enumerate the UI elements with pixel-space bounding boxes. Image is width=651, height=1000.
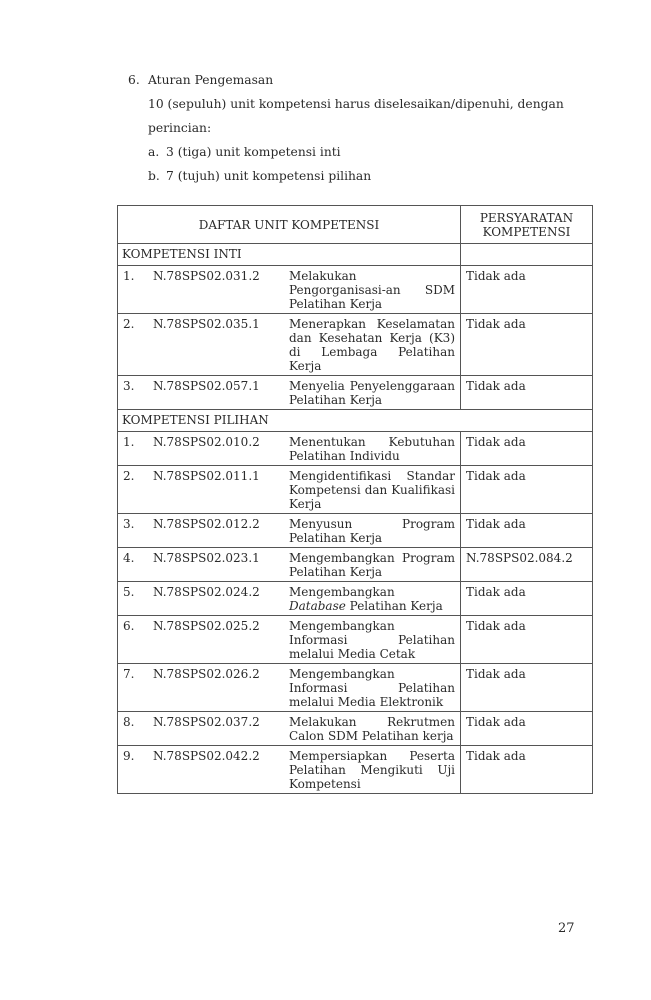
unit-code: N.78SPS02.024.2 [153, 585, 289, 613]
document-page: 6. Aturan Pengemasan 10 (sepuluh) unit k… [0, 0, 651, 1000]
unit-title: Mengembangkan Program Pelatihan Kerja [289, 551, 455, 579]
unit-number: 2. [123, 317, 153, 373]
unit-title: Mengembangkan Informasi Pelatihan melalu… [289, 619, 455, 661]
section-paragraph-line-1: 10 (sepuluh) unit kompetensi harus disel… [148, 92, 598, 116]
unit-number: 1. [123, 435, 153, 463]
table-row: 3.N.78SPS02.057.1Menyelia Penyelenggaraa… [118, 376, 593, 410]
table-row: 8.N.78SPS02.037.2Melakukan Rekrutmen Cal… [118, 712, 593, 746]
table-header-row: DAFTAR UNIT KOMPETENSI PERSYARATAN KOMPE… [118, 206, 593, 244]
group-header-row: KOMPETENSI INTI [118, 244, 593, 266]
requirement-cell: Tidak ada [461, 746, 593, 794]
unit-title: Melakukan Pengorganisasi-an SDM Pelatiha… [289, 269, 455, 311]
packaging-rules-section: 6. Aturan Pengemasan 10 (sepuluh) unit k… [128, 68, 598, 188]
unit-number: 3. [123, 379, 153, 407]
unit-title: Mengembangkan Database Pelatihan Kerja [289, 585, 455, 613]
unit-code: N.78SPS02.023.1 [153, 551, 289, 579]
header-requirement: PERSYARATAN KOMPETENSI [461, 206, 593, 244]
table-row: 1.N.78SPS02.031.2Melakukan Pengorganisas… [118, 266, 593, 314]
unit-code: N.78SPS02.042.2 [153, 749, 289, 791]
unit-title: Mengidentifikasi Standar Kompetensi dan … [289, 469, 455, 511]
list-item: a. 3 (tiga) unit kompetensi inti [148, 140, 598, 164]
requirement-cell: Tidak ada [461, 582, 593, 616]
unit-code: N.78SPS02.035.1 [153, 317, 289, 373]
group-title: KOMPETENSI PILIHAN [118, 410, 593, 432]
table-row: 2.N.78SPS02.011.1Mengidentifikasi Standa… [118, 466, 593, 514]
group-title: KOMPETENSI INTI [118, 244, 461, 266]
requirement-cell: Tidak ada [461, 712, 593, 746]
unit-number: 3. [123, 517, 153, 545]
unit-title: Menyusun Program Pelatihan Kerja [289, 517, 455, 545]
table-row: 6.N.78SPS02.025.2Mengembangkan Informasi… [118, 616, 593, 664]
unit-number: 6. [123, 619, 153, 661]
section-title: Aturan Pengemasan [148, 68, 598, 92]
requirement-cell: Tidak ada [461, 616, 593, 664]
table-row: 2.N.78SPS02.035.1Menerapkan Keselamatan … [118, 314, 593, 376]
unit-cell: 1.N.78SPS02.010.2Menentukan Kebutuhan Pe… [118, 432, 461, 466]
unit-code: N.78SPS02.057.1 [153, 379, 289, 407]
unit-title: Mempersiapkan Peserta Pelatihan Mengikut… [289, 749, 455, 791]
unit-cell: 2.N.78SPS02.011.1Mengidentifikasi Standa… [118, 466, 461, 514]
table-row: 4.N.78SPS02.023.1Mengembangkan Program P… [118, 548, 593, 582]
unit-number: 5. [123, 585, 153, 613]
unit-title: Mengembangkan Informasi Pelatihan melalu… [289, 667, 455, 709]
unit-title: Menyelia Penyelenggaraan Pelatihan Kerja [289, 379, 455, 407]
header-unit-list: DAFTAR UNIT KOMPETENSI [118, 206, 461, 244]
list-item: b. 7 (tujuh) unit kompetensi pilihan [148, 164, 598, 188]
table-row: 3.N.78SPS02.012.2Menyusun Program Pelati… [118, 514, 593, 548]
unit-cell: 2.N.78SPS02.035.1Menerapkan Keselamatan … [118, 314, 461, 376]
unit-title: Menentukan Kebutuhan Pelatihan Individu [289, 435, 455, 463]
unit-code: N.78SPS02.025.2 [153, 619, 289, 661]
requirement-cell: Tidak ada [461, 432, 593, 466]
section-paragraph-line-2: perincian: [148, 116, 598, 140]
table-row: 1.N.78SPS02.010.2Menentukan Kebutuhan Pe… [118, 432, 593, 466]
table-row: 5.N.78SPS02.024.2Mengembangkan Database … [118, 582, 593, 616]
requirement-cell: N.78SPS02.084.2 [461, 548, 593, 582]
unit-number: 7. [123, 667, 153, 709]
requirement-cell: Tidak ada [461, 376, 593, 410]
unit-cell: 3.N.78SPS02.057.1Menyelia Penyelenggaraa… [118, 376, 461, 410]
page-number: 27 [558, 921, 575, 936]
unit-cell: 9.N.78SPS02.042.2Mempersiapkan Peserta P… [118, 746, 461, 794]
unit-code: N.78SPS02.031.2 [153, 269, 289, 311]
unit-cell: 6.N.78SPS02.025.2Mengembangkan Informasi… [118, 616, 461, 664]
requirement-cell: Tidak ada [461, 664, 593, 712]
unit-number: 8. [123, 715, 153, 743]
unit-number: 4. [123, 551, 153, 579]
requirement-cell: Tidak ada [461, 466, 593, 514]
unit-code: N.78SPS02.037.2 [153, 715, 289, 743]
competency-unit-table: DAFTAR UNIT KOMPETENSI PERSYARATAN KOMPE… [117, 205, 593, 794]
unit-code: N.78SPS02.012.2 [153, 517, 289, 545]
unit-code: N.78SPS02.010.2 [153, 435, 289, 463]
group-header-row: KOMPETENSI PILIHAN [118, 410, 593, 432]
table-row: 7.N.78SPS02.026.2Mengembangkan Informasi… [118, 664, 593, 712]
requirement-cell: Tidak ada [461, 266, 593, 314]
unit-number: 2. [123, 469, 153, 511]
unit-cell: 4.N.78SPS02.023.1Mengembangkan Program P… [118, 548, 461, 582]
unit-cell: 1.N.78SPS02.031.2Melakukan Pengorganisas… [118, 266, 461, 314]
unit-cell: 7.N.78SPS02.026.2Mengembangkan Informasi… [118, 664, 461, 712]
unit-number: 1. [123, 269, 153, 311]
unit-title: Melakukan Rekrutmen Calon SDM Pelatihan … [289, 715, 455, 743]
unit-cell: 5.N.78SPS02.024.2Mengembangkan Database … [118, 582, 461, 616]
unit-cell: 3.N.78SPS02.012.2Menyusun Program Pelati… [118, 514, 461, 548]
unit-title: Menerapkan Keselamatan dan Kesehatan Ker… [289, 317, 455, 373]
table-row: 9.N.78SPS02.042.2Mempersiapkan Peserta P… [118, 746, 593, 794]
requirement-cell: Tidak ada [461, 314, 593, 376]
group-requirement-empty [461, 244, 593, 266]
unit-code: N.78SPS02.026.2 [153, 667, 289, 709]
unit-code: N.78SPS02.011.1 [153, 469, 289, 511]
section-number: 6. [128, 68, 140, 92]
unit-cell: 8.N.78SPS02.037.2Melakukan Rekrutmen Cal… [118, 712, 461, 746]
requirement-cell: Tidak ada [461, 514, 593, 548]
unit-number: 9. [123, 749, 153, 791]
